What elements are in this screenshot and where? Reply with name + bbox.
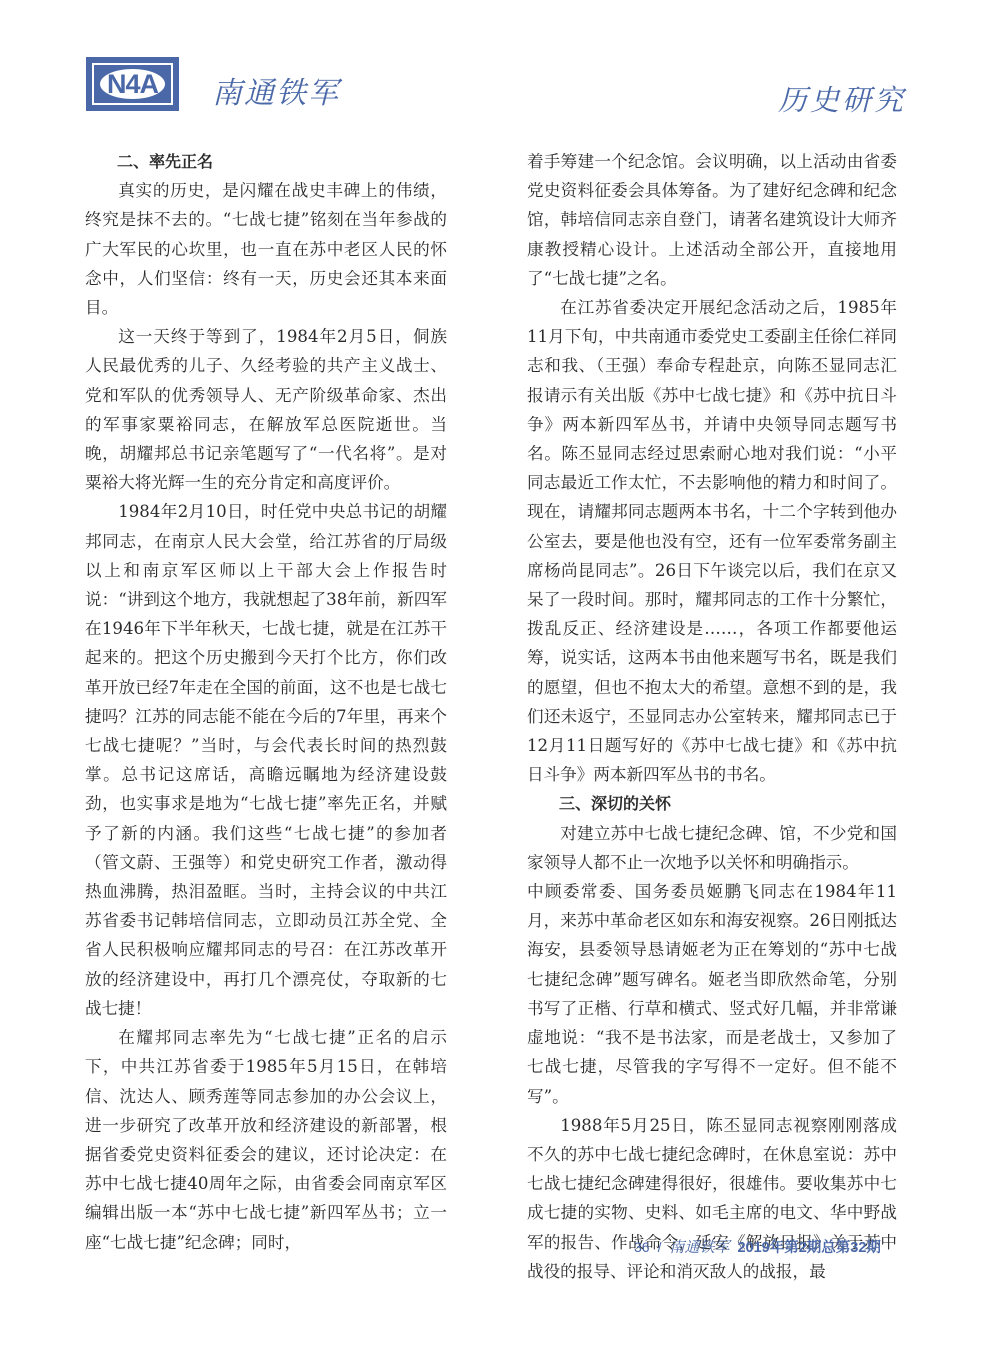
paragraph: 在耀邦同志率先为“七战七捷”正名的启示下，中共江苏省委于1985年5月15日，在… <box>85 1023 447 1257</box>
footer-masthead: 南通铁军 <box>669 1236 729 1257</box>
paragraph: 这一天终于等到了，1984年2月5日，侗族人民最优秀的儿子、久经考验的共产主义战… <box>85 322 447 497</box>
paragraph-continued: 着手筹建一个纪念馆。会议明确，以上活动由省委党史资料征委会具体筹备。为了建好纪念… <box>527 147 897 293</box>
paragraph: 1984年2月10日，时任党中央总书记的胡耀邦同志，在南京人民大会堂，给江苏省的… <box>85 497 447 1023</box>
right-column: 着手筹建一个纪念馆。会议明确，以上活动由省委党史资料征委会具体筹备。为了建好纪念… <box>527 147 897 1286</box>
section-heading: 二、率先正名 <box>85 147 447 176</box>
section-heading: 三、深切的关怀 <box>527 789 897 818</box>
paragraph: 真实的历史，是闪耀在战史丰碑上的伟绩，终究是抹不去的。“七战七捷”铭刻在当年参战… <box>85 176 447 322</box>
left-column: 二、率先正名 真实的历史，是闪耀在战史丰碑上的伟绩，终究是抹不去的。“七战七捷”… <box>85 147 447 1257</box>
section-label: 历史研究 <box>778 78 906 119</box>
page-footer: 36 / 南通铁军 2019年第2期总第32期 <box>634 1236 881 1257</box>
n4a-logo: N4A <box>86 57 179 111</box>
paragraph-continued: 中顾委常委、国务委员姬鹏飞同志在1984年11月，来苏中革命老区如东和海安视察。… <box>527 877 897 1111</box>
footer-separator: / <box>658 1239 662 1255</box>
page-number: 36 <box>634 1239 650 1255</box>
logo-text: N4A <box>100 69 165 99</box>
paragraph: 在江苏省委决定开展纪念活动之后，1985年11月下旬，中共南通市委党史工委副主任… <box>527 293 897 789</box>
page-header: N4A 南通铁军 历史研究 <box>0 0 1000 140</box>
paragraph: 对建立苏中七战七捷纪念碑、馆，不少党和国家领导人都不止一次地予以关怀和明确指示。 <box>527 819 897 877</box>
paragraph: 1988年5月25日，陈丕显同志视察刚刚落成不久的苏中七战七捷纪念碑时，在休息室… <box>527 1111 897 1286</box>
issue-info: 2019年第2期总第32期 <box>737 1236 880 1257</box>
masthead-title: 南通铁军 <box>212 68 340 112</box>
